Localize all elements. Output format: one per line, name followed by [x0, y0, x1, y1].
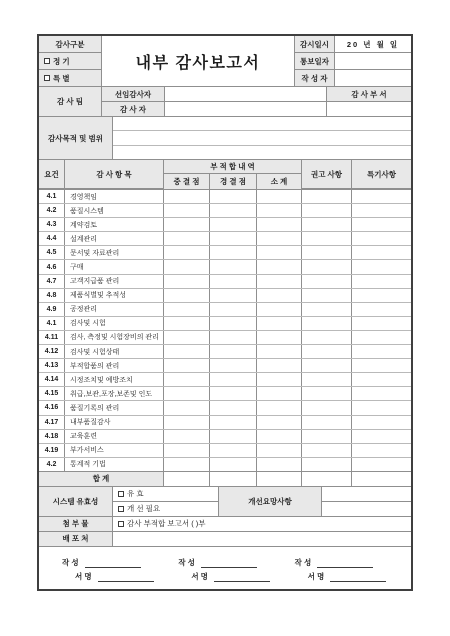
row-minor-cell — [210, 331, 257, 344]
row-major-cell — [164, 373, 210, 386]
purpose-label: 감사목적 및 범위 — [39, 117, 113, 159]
row-recommend-cell — [302, 458, 352, 471]
col-major-header: 중 결 점 — [164, 174, 210, 189]
table-row: 4.19 부가서비스 — [39, 444, 411, 458]
col-remarks-header: 특기사항 — [352, 160, 411, 189]
row-subtotal-cell — [257, 232, 302, 245]
col-subtotal-header: 소 계 — [257, 174, 302, 189]
sign-label: 서 명 — [75, 571, 92, 582]
row-number: 4.16 — [39, 401, 65, 414]
row-number: 4.1 — [39, 317, 65, 330]
row-remarks-cell — [352, 373, 411, 386]
row-number: 4.9 — [39, 303, 65, 316]
row-major-cell — [164, 289, 210, 302]
col-minor-header: 경 결 점 — [210, 174, 257, 189]
prepared-label: 작 성 — [295, 557, 312, 568]
checkbox-improve-icon — [118, 506, 124, 512]
row-item-label: 제품식별및 추적성 — [65, 289, 164, 302]
audit-type-regular-option: 정 기 — [39, 53, 102, 70]
writer-field — [335, 70, 411, 86]
checkbox-special-icon — [44, 75, 50, 81]
table-row: 4.1 경영책임 — [39, 190, 411, 204]
row-recommend-cell — [302, 232, 352, 245]
row-item-label: 부가서비스 — [65, 444, 164, 457]
prepared-label: 작 성 — [178, 557, 195, 568]
col-recommend-header: 권고 사항 — [302, 160, 352, 189]
table-row: 4.11 검사, 측정및 시험장비의 관리 — [39, 331, 411, 345]
row-item-label: 교육훈련 — [65, 430, 164, 443]
row-minor-cell — [210, 387, 257, 400]
row-subtotal-cell — [257, 430, 302, 443]
row-remarks-cell — [352, 416, 411, 429]
row-subtotal-cell — [257, 331, 302, 344]
row-remarks-cell — [352, 401, 411, 414]
signature-group: 작 성 서 명 — [62, 554, 178, 589]
row-remarks-cell — [352, 190, 411, 203]
row-remarks-cell — [352, 303, 411, 316]
row-minor-cell — [210, 246, 257, 259]
row-item-label: 부적합품의 관리 — [65, 359, 164, 372]
row-major-cell — [164, 303, 210, 316]
row-remarks-cell — [352, 331, 411, 344]
row-recommend-cell — [302, 430, 352, 443]
row-remarks-cell — [352, 204, 411, 217]
row-subtotal-cell — [257, 275, 302, 288]
row-remarks-cell — [352, 232, 411, 245]
audit-table-header: 요건 감 사 항 목 부 적 합 내 역 권고 사항 특기사항 중 결 점 경 … — [39, 160, 411, 190]
improvement-request-label: 개선요망사항 — [219, 487, 322, 516]
table-row: 4.18 교육훈련 — [39, 430, 411, 444]
attachment-item-label: 감사 부적합 보고서 ( )부 — [127, 518, 206, 529]
table-row: 4.4 설계관리 — [39, 232, 411, 246]
row-item-label: 문서및 자료관리 — [65, 246, 164, 259]
improvement-line — [322, 487, 411, 502]
row-recommend-cell — [302, 387, 352, 400]
purpose-line — [113, 146, 411, 159]
total-row: 합 계 — [39, 472, 411, 487]
row-remarks-cell — [352, 260, 411, 273]
total-remarks-cell — [352, 472, 411, 486]
row-number: 4.17 — [39, 416, 65, 429]
audit-dept-label: 감 사 부 서 — [327, 87, 411, 102]
signature-section: 작 성 서 명 작 성 서 명 작 성 서 명 — [39, 547, 411, 589]
row-number: 4.11 — [39, 331, 65, 344]
row-recommend-cell — [302, 246, 352, 259]
improvement-line — [322, 502, 411, 516]
row-recommend-cell — [302, 190, 352, 203]
row-subtotal-cell — [257, 359, 302, 372]
row-minor-cell — [210, 416, 257, 429]
row-minor-cell — [210, 317, 257, 330]
checkbox-attachment-icon — [118, 521, 124, 527]
row-subtotal-cell — [257, 345, 302, 358]
row-number: 4.15 — [39, 387, 65, 400]
sign-line — [214, 575, 270, 582]
total-minor-cell — [210, 472, 257, 486]
audit-datetime-value: 20 년 월 일 — [335, 36, 411, 53]
row-number: 4.13 — [39, 359, 65, 372]
table-row: 4.8 제품식별및 추적성 — [39, 289, 411, 303]
row-minor-cell — [210, 260, 257, 273]
table-row: 4.17 내부품질감사 — [39, 416, 411, 430]
row-recommend-cell — [302, 275, 352, 288]
audit-type-label: 감사구분 — [39, 36, 102, 53]
sign-line — [98, 575, 154, 582]
table-row: 4.13 부적합품의 관리 — [39, 359, 411, 373]
row-number: 4.19 — [39, 444, 65, 457]
row-subtotal-cell — [257, 444, 302, 457]
sign-label: 서 명 — [191, 571, 208, 582]
row-recommend-cell — [302, 359, 352, 372]
row-minor-cell — [210, 359, 257, 372]
checkbox-regular-icon — [44, 58, 50, 64]
total-label: 합 계 — [39, 472, 164, 486]
row-recommend-cell — [302, 204, 352, 217]
row-minor-cell — [210, 401, 257, 414]
row-item-label: 고객지급품 관리 — [65, 275, 164, 288]
improve-label: 개 선 필요 — [127, 503, 160, 514]
distribution-section: 배 포 처 — [39, 532, 411, 547]
table-row: 4.9 공정관리 — [39, 303, 411, 317]
audit-table-body: 4.1 경영책임 4.2 품질시스템 4.3 계약검토 — [39, 190, 411, 472]
purpose-line — [113, 131, 411, 145]
audit-team-label: 감 사 팀 — [39, 87, 102, 116]
row-recommend-cell — [302, 373, 352, 386]
row-minor-cell — [210, 289, 257, 302]
row-remarks-cell — [352, 458, 411, 471]
distribution-label: 배 포 처 — [39, 532, 113, 546]
regular-label: 정 기 — [53, 56, 70, 67]
row-subtotal-cell — [257, 373, 302, 386]
total-recommend-cell — [302, 472, 352, 486]
row-minor-cell — [210, 275, 257, 288]
table-row: 4.3 계약검토 — [39, 218, 411, 232]
row-major-cell — [164, 345, 210, 358]
row-remarks-cell — [352, 444, 411, 457]
row-minor-cell — [210, 458, 257, 471]
row-major-cell — [164, 317, 210, 330]
row-subtotal-cell — [257, 204, 302, 217]
notify-date-field — [335, 53, 411, 70]
senior-auditor-label: 선임감사자 — [102, 87, 165, 102]
header-section: 감사구분 내부 감사보고서 감시일시 20 년 월 일 정 기 통보일자 특 별… — [39, 36, 411, 87]
row-subtotal-cell — [257, 317, 302, 330]
row-major-cell — [164, 260, 210, 273]
prepared-line — [201, 561, 257, 568]
distribution-field — [113, 532, 411, 546]
row-recommend-cell — [302, 289, 352, 302]
row-item-label: 계약검토 — [65, 218, 164, 231]
checkbox-valid-icon — [118, 491, 124, 497]
row-recommend-cell — [302, 218, 352, 231]
row-number: 4.12 — [39, 345, 65, 358]
table-row: 4.7 고객지급품 관리 — [39, 275, 411, 289]
purpose-field — [113, 117, 411, 159]
row-major-cell — [164, 232, 210, 245]
prepared-line — [317, 561, 373, 568]
attachment-label: 첨 부 물 — [39, 517, 113, 531]
table-row: 4.1 검사및 시험 — [39, 317, 411, 331]
attachment-item: 감사 부적합 보고서 ( )부 — [113, 517, 411, 531]
col-requirement-header: 요건 — [39, 160, 65, 189]
row-item-label: 내부품질감사 — [65, 416, 164, 429]
row-minor-cell — [210, 204, 257, 217]
row-subtotal-cell — [257, 458, 302, 471]
row-number: 4.2 — [39, 204, 65, 217]
row-remarks-cell — [352, 317, 411, 330]
row-minor-cell — [210, 430, 257, 443]
row-major-cell — [164, 416, 210, 429]
col-item-header: 감 사 항 목 — [65, 160, 164, 189]
notify-date-label: 통보일자 — [295, 53, 335, 70]
row-remarks-cell — [352, 275, 411, 288]
auditor-field — [165, 102, 327, 116]
row-number: 4.2 — [39, 458, 65, 471]
row-remarks-cell — [352, 246, 411, 259]
row-remarks-cell — [352, 430, 411, 443]
row-subtotal-cell — [257, 289, 302, 302]
row-minor-cell — [210, 444, 257, 457]
table-row: 4.16 품질기록의 관리 — [39, 401, 411, 415]
row-item-label: 품질시스템 — [65, 204, 164, 217]
prepared-line — [85, 561, 141, 568]
page: 감사구분 내부 감사보고서 감시일시 20 년 월 일 정 기 통보일자 특 별… — [0, 0, 450, 636]
signature-group: 작 성 서 명 — [295, 554, 411, 589]
row-minor-cell — [210, 303, 257, 316]
audit-report-form: 감사구분 내부 감사보고서 감시일시 20 년 월 일 정 기 통보일자 특 별… — [37, 34, 413, 591]
valid-label: 유 효 — [127, 488, 144, 499]
table-row: 4.2 품질시스템 — [39, 204, 411, 218]
row-minor-cell — [210, 218, 257, 231]
row-number: 4.1 — [39, 190, 65, 203]
row-recommend-cell — [302, 303, 352, 316]
row-number: 4.6 — [39, 260, 65, 273]
row-number: 4.18 — [39, 430, 65, 443]
row-number: 4.3 — [39, 218, 65, 231]
sign-label: 서 명 — [308, 571, 325, 582]
row-minor-cell — [210, 190, 257, 203]
signature-group: 작 성 서 명 — [178, 554, 294, 589]
row-recommend-cell — [302, 345, 352, 358]
row-major-cell — [164, 218, 210, 231]
total-major-cell — [164, 472, 210, 486]
sign-line — [330, 575, 386, 582]
auditor-label: 감 사 자 — [102, 102, 165, 116]
row-subtotal-cell — [257, 303, 302, 316]
table-row: 4.12 검사및 시험상태 — [39, 345, 411, 359]
row-item-label: 검사, 측정및 시험장비의 관리 — [65, 331, 164, 344]
row-remarks-cell — [352, 218, 411, 231]
row-recommend-cell — [302, 331, 352, 344]
row-item-label: 경영책임 — [65, 190, 164, 203]
row-major-cell — [164, 401, 210, 414]
row-number: 4.4 — [39, 232, 65, 245]
row-subtotal-cell — [257, 416, 302, 429]
audit-team-section: 감 사 팀 선임감사자 감 사 부 서 감 사 자 — [39, 87, 411, 117]
row-remarks-cell — [352, 359, 411, 372]
row-remarks-cell — [352, 345, 411, 358]
row-number: 4.8 — [39, 289, 65, 302]
row-major-cell — [164, 430, 210, 443]
row-major-cell — [164, 246, 210, 259]
row-minor-cell — [210, 345, 257, 358]
row-item-label: 시정조치및 예방조치 — [65, 373, 164, 386]
table-row: 4.14 시정조치및 예방조치 — [39, 373, 411, 387]
row-major-cell — [164, 190, 210, 203]
row-item-label: 통계적 기법 — [65, 458, 164, 471]
row-number: 4.7 — [39, 275, 65, 288]
row-item-label: 검사및 시험 — [65, 317, 164, 330]
audit-type-special-option: 특 별 — [39, 70, 102, 86]
row-major-cell — [164, 359, 210, 372]
row-major-cell — [164, 331, 210, 344]
row-remarks-cell — [352, 289, 411, 302]
col-nonconformity-header: 부 적 합 내 역 — [164, 160, 302, 174]
row-major-cell — [164, 204, 210, 217]
row-minor-cell — [210, 232, 257, 245]
row-item-label: 공정관리 — [65, 303, 164, 316]
table-row: 4.5 문서및 자료관리 — [39, 246, 411, 260]
row-recommend-cell — [302, 317, 352, 330]
special-label: 특 별 — [53, 73, 70, 84]
row-item-label: 검사및 시험상태 — [65, 345, 164, 358]
row-subtotal-cell — [257, 190, 302, 203]
writer-label: 작 성 자 — [295, 70, 335, 86]
table-row: 4.6 구매 — [39, 260, 411, 274]
validity-label: 시스템 유효성 — [39, 487, 113, 516]
purpose-line — [113, 117, 411, 131]
validity-improve-option: 개 선 필요 — [113, 502, 219, 516]
row-recommend-cell — [302, 444, 352, 457]
row-item-label: 설계관리 — [65, 232, 164, 245]
row-subtotal-cell — [257, 246, 302, 259]
row-subtotal-cell — [257, 260, 302, 273]
row-subtotal-cell — [257, 401, 302, 414]
table-row: 4.15 취급,보관,포장,보존및 인도 — [39, 387, 411, 401]
row-remarks-cell — [352, 387, 411, 400]
total-subtotal-cell — [257, 472, 302, 486]
purpose-section: 감사목적 및 범위 — [39, 117, 411, 160]
row-recommend-cell — [302, 401, 352, 414]
table-row: 4.2 통계적 기법 — [39, 458, 411, 472]
row-recommend-cell — [302, 260, 352, 273]
row-item-label: 구매 — [65, 260, 164, 273]
validity-valid-option: 유 효 — [113, 487, 219, 502]
row-item-label: 품질기록의 관리 — [65, 401, 164, 414]
row-major-cell — [164, 387, 210, 400]
row-major-cell — [164, 444, 210, 457]
page-title: 내부 감사보고서 — [102, 36, 295, 86]
row-number: 4.5 — [39, 246, 65, 259]
attachment-section: 첨 부 물 감사 부적합 보고서 ( )부 — [39, 517, 411, 532]
row-subtotal-cell — [257, 387, 302, 400]
row-item-label: 취급,보관,포장,보존및 인도 — [65, 387, 164, 400]
senior-auditor-field — [165, 87, 327, 102]
validity-section: 시스템 유효성 유 효 개 선 필요 개선요망사항 — [39, 487, 411, 517]
row-recommend-cell — [302, 416, 352, 429]
row-minor-cell — [210, 373, 257, 386]
prepared-label: 작 성 — [62, 557, 79, 568]
audit-dept-field — [327, 102, 411, 116]
row-number: 4.14 — [39, 373, 65, 386]
row-subtotal-cell — [257, 218, 302, 231]
row-major-cell — [164, 275, 210, 288]
audit-datetime-label: 감시일시 — [295, 36, 335, 53]
row-major-cell — [164, 458, 210, 471]
